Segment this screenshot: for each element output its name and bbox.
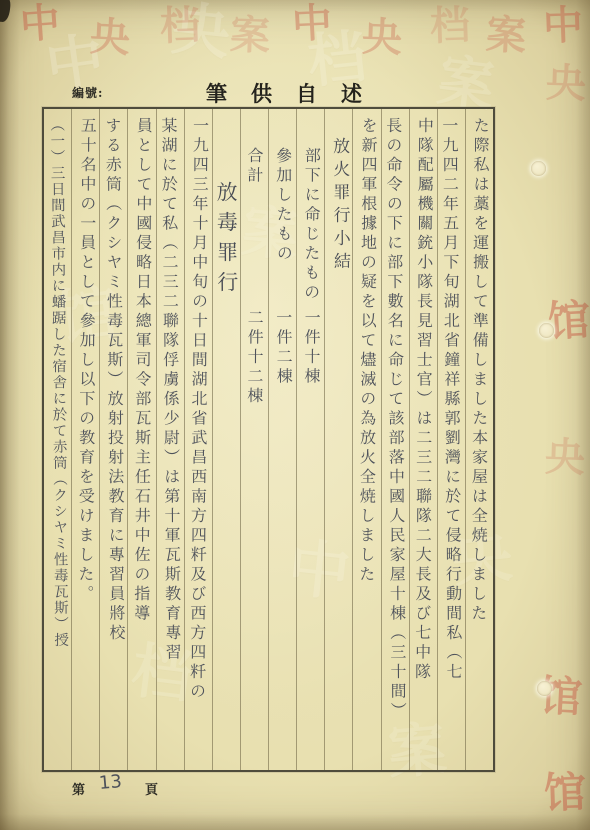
hole-punch — [539, 323, 554, 338]
watermark-char: 馆 — [547, 299, 590, 343]
text-column: 一九四三年十月中旬の十日間湖北省武昌西南方四粁及び西方四粁の — [184, 109, 212, 770]
page-title: 筆供自述 — [206, 78, 386, 108]
text-column: 部下に命じたもの一件十棟 — [296, 109, 324, 770]
watermark-char: 央 — [361, 17, 402, 58]
column-segment: 參加したもの — [274, 147, 291, 264]
text-column: 放毒罪行 — [212, 109, 240, 770]
watermark-char: 档 — [429, 5, 470, 46]
text-column: 合計二件十二棟 — [240, 109, 268, 770]
column-segment: 合計 — [246, 147, 262, 186]
scanned-document-page: 中央档案馆中央档案案中央档案中央档案中央馆央馆馆 編號: 筆供自述 た際私は藁を… — [0, 0, 590, 830]
text-column: 中隊配屬機關銃小隊長見習士官）は二三二聯隊二大長及び七中隊 — [409, 109, 437, 770]
column-segment: 長の命令の下に部下數名に命じて該部落中國人民家屋十棟（三十間） — [385, 117, 406, 722]
watermark-char: 案 — [485, 15, 527, 57]
text-column: 某湖に於て私（二三二聯隊俘虜係少尉）は第十軍瓦斯教育專習 — [156, 109, 184, 770]
column-segment: 放火罪行小結 — [330, 137, 348, 275]
text-column: 五十名中の一員として參加し以下の教育を受けました。 — [71, 109, 99, 770]
column-segment: 部下に命じたもの — [302, 147, 319, 303]
column-segment: 某湖に於て私（二三二聯隊俘虜係少尉）は第十軍瓦斯教育專習 — [160, 117, 180, 663]
column-segment: 中隊配屬機關銃小隊長見習士官）は二三二聯隊二大長及び七中隊 — [414, 117, 433, 683]
text-column: 一九四二年五月下旬湖北省鐘祥縣郭劉灣に於て侵略行動間私（七 — [437, 109, 465, 770]
column-segment: する赤筒（クシヤミ性毒瓦斯）放射投射法教育に專習員將校 — [104, 117, 124, 644]
column-segment: （一）三日間武昌市内に蟠踞した宿舎に於て赤筒（クシヤミ性毒瓦斯）授 — [48, 117, 67, 648]
document-grid: た際私は藁を運搬して準備しました本家屋は全焼しました一九四二年五月下旬湖北省鐘祥… — [42, 107, 495, 772]
text-column: 放火罪行小結 — [324, 109, 352, 770]
column-segment: 一件十棟 — [302, 309, 318, 387]
footer-page-prefix: 第 — [72, 779, 85, 798]
hole-punch — [537, 681, 552, 696]
watermark-char: 央 — [169, 0, 233, 63]
column-segment: 員として中國侵略日本總軍司令部瓦斯主任石井中佐の指導 — [133, 117, 152, 624]
watermark-char: 馆 — [543, 771, 586, 814]
watermark-char: 央 — [545, 63, 586, 104]
document-number-label: 編號: — [72, 84, 103, 101]
text-column: 參加したもの一件二棟 — [268, 109, 296, 770]
watermark-char: 中 — [542, 5, 583, 46]
column-segment: を新四軍根據地の疑を以て燼滅の為放火全焼しました — [358, 117, 376, 585]
watermark-char: 案 — [229, 15, 270, 56]
text-column: た際私は藁を運搬して準備しました本家屋は全焼しました — [465, 109, 493, 770]
watermark-char: 央 — [89, 17, 131, 59]
watermark-char: 中 — [291, 3, 333, 45]
page-number: 13 — [98, 771, 123, 794]
footer-page-suffix: 頁 — [145, 779, 158, 798]
text-column: する赤筒（クシヤミ性毒瓦斯）放射投射法教育に專習員將校 — [99, 109, 127, 770]
column-segment: 五十名中の一員として參加し以下の教育を受けました。 — [76, 117, 95, 605]
text-column: 員として中國侵略日本總軍司令部瓦斯主任石井中佐の指導 — [127, 109, 155, 770]
watermark-char: 案 — [435, 53, 497, 115]
scan-corner-mark — [0, 0, 11, 23]
column-segment: 一九四二年五月下旬湖北省鐘祥縣郭劉灣に於て侵略行動間私（七 — [441, 117, 461, 683]
watermark-char: 档 — [159, 5, 200, 46]
watermark-char: 央 — [544, 437, 585, 478]
text-column: 長の命令の下に部下數名に命じて該部落中國人民家屋十棟（三十間） — [381, 109, 409, 770]
column-segment: 放毒罪行 — [215, 181, 237, 301]
watermark-char: 中 — [19, 3, 62, 46]
text-column: を新四軍根據地の疑を以て燼滅の為放火全焼しました — [352, 109, 380, 770]
column-segment: た際私は藁を運搬して準備しました本家屋は全焼しました — [470, 117, 489, 624]
column-segment: 一九四三年十月中旬の十日間湖北省武昌西南方四粁及び西方四粁の — [189, 117, 208, 702]
hole-punch — [531, 161, 546, 176]
column-segment: 一件二棟 — [274, 309, 291, 387]
text-column: （一）三日間武昌市内に蟠踞した宿舎に於て赤筒（クシヤミ性毒瓦斯）授 — [44, 109, 71, 770]
column-segment: 二件十二棟 — [246, 309, 263, 407]
